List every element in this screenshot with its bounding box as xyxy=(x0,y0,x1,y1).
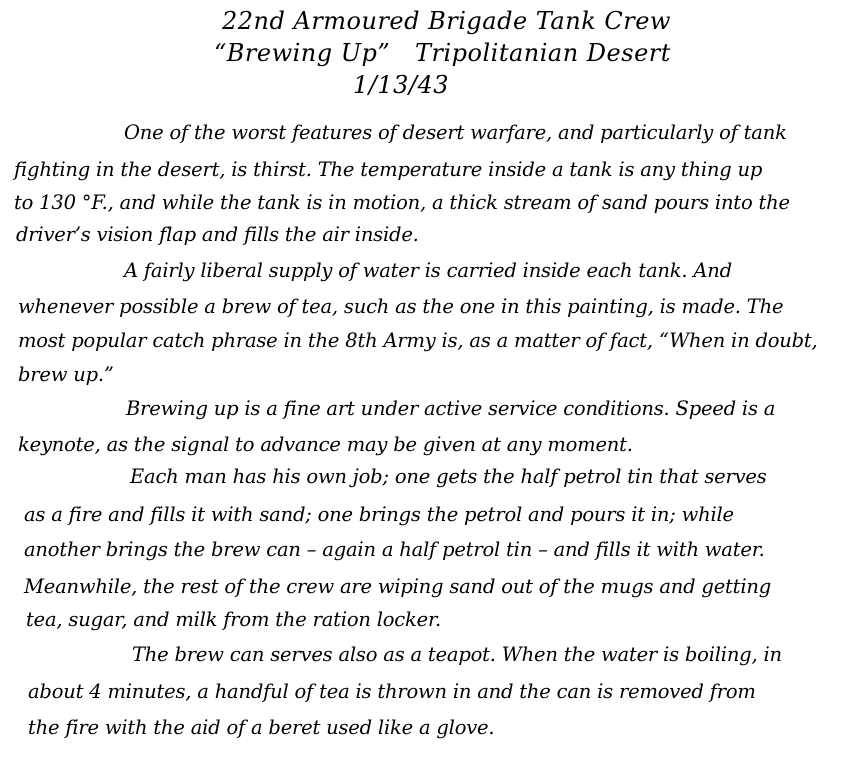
paragraph-1-line-3: to 130 °F., and while the tank is in mot… xyxy=(14,188,790,218)
paragraph-1-line-2: fighting in the desert, is thirst. The t… xyxy=(14,155,762,185)
header-location: Tripolitanian Desert xyxy=(415,38,671,68)
header-painting-title: “Brewing Up” xyxy=(214,38,390,68)
header-date: 1/13/43 xyxy=(353,70,449,100)
paragraph-1-line-4: driver’s vision flap and fills the air i… xyxy=(16,220,419,250)
paragraph-4-line-1: Each man has his own job; one gets the h… xyxy=(130,462,767,492)
paragraph-5-line-3: the fire with the aid of a beret used li… xyxy=(28,713,494,743)
paragraph-3-line-2: keynote, as the signal to advance may be… xyxy=(18,430,633,460)
paragraph-4-line-3: another brings the brew can – again a ha… xyxy=(24,535,765,565)
paragraph-2-line-4: brew up.” xyxy=(18,360,114,390)
paragraph-2-line-2: whenever possible a brew of tea, such as… xyxy=(18,292,783,322)
header-title: 22nd Armoured Brigade Tank Crew xyxy=(222,6,671,36)
handwritten-document-page: 22nd Armoured Brigade Tank Crew “Brewing… xyxy=(0,0,864,757)
paragraph-2-line-1: A fairly liberal supply of water is carr… xyxy=(124,256,732,286)
paragraph-5-line-2: about 4 minutes, a handful of tea is thr… xyxy=(28,677,756,707)
paragraph-2-line-3: most popular catch phrase in the 8th Arm… xyxy=(18,326,818,356)
paragraph-4-line-2: as a fire and fills it with sand; one br… xyxy=(24,500,734,530)
paragraph-3-line-1: Brewing up is a fine art under active se… xyxy=(126,394,775,424)
paragraph-4-line-5: tea, sugar, and milk from the ration loc… xyxy=(26,605,441,635)
paragraph-1-line-1: One of the worst features of desert warf… xyxy=(124,118,787,148)
paragraph-5-line-1: The brew can serves also as a teapot. Wh… xyxy=(132,640,782,670)
paragraph-4-line-4: Meanwhile, the rest of the crew are wipi… xyxy=(24,572,771,602)
